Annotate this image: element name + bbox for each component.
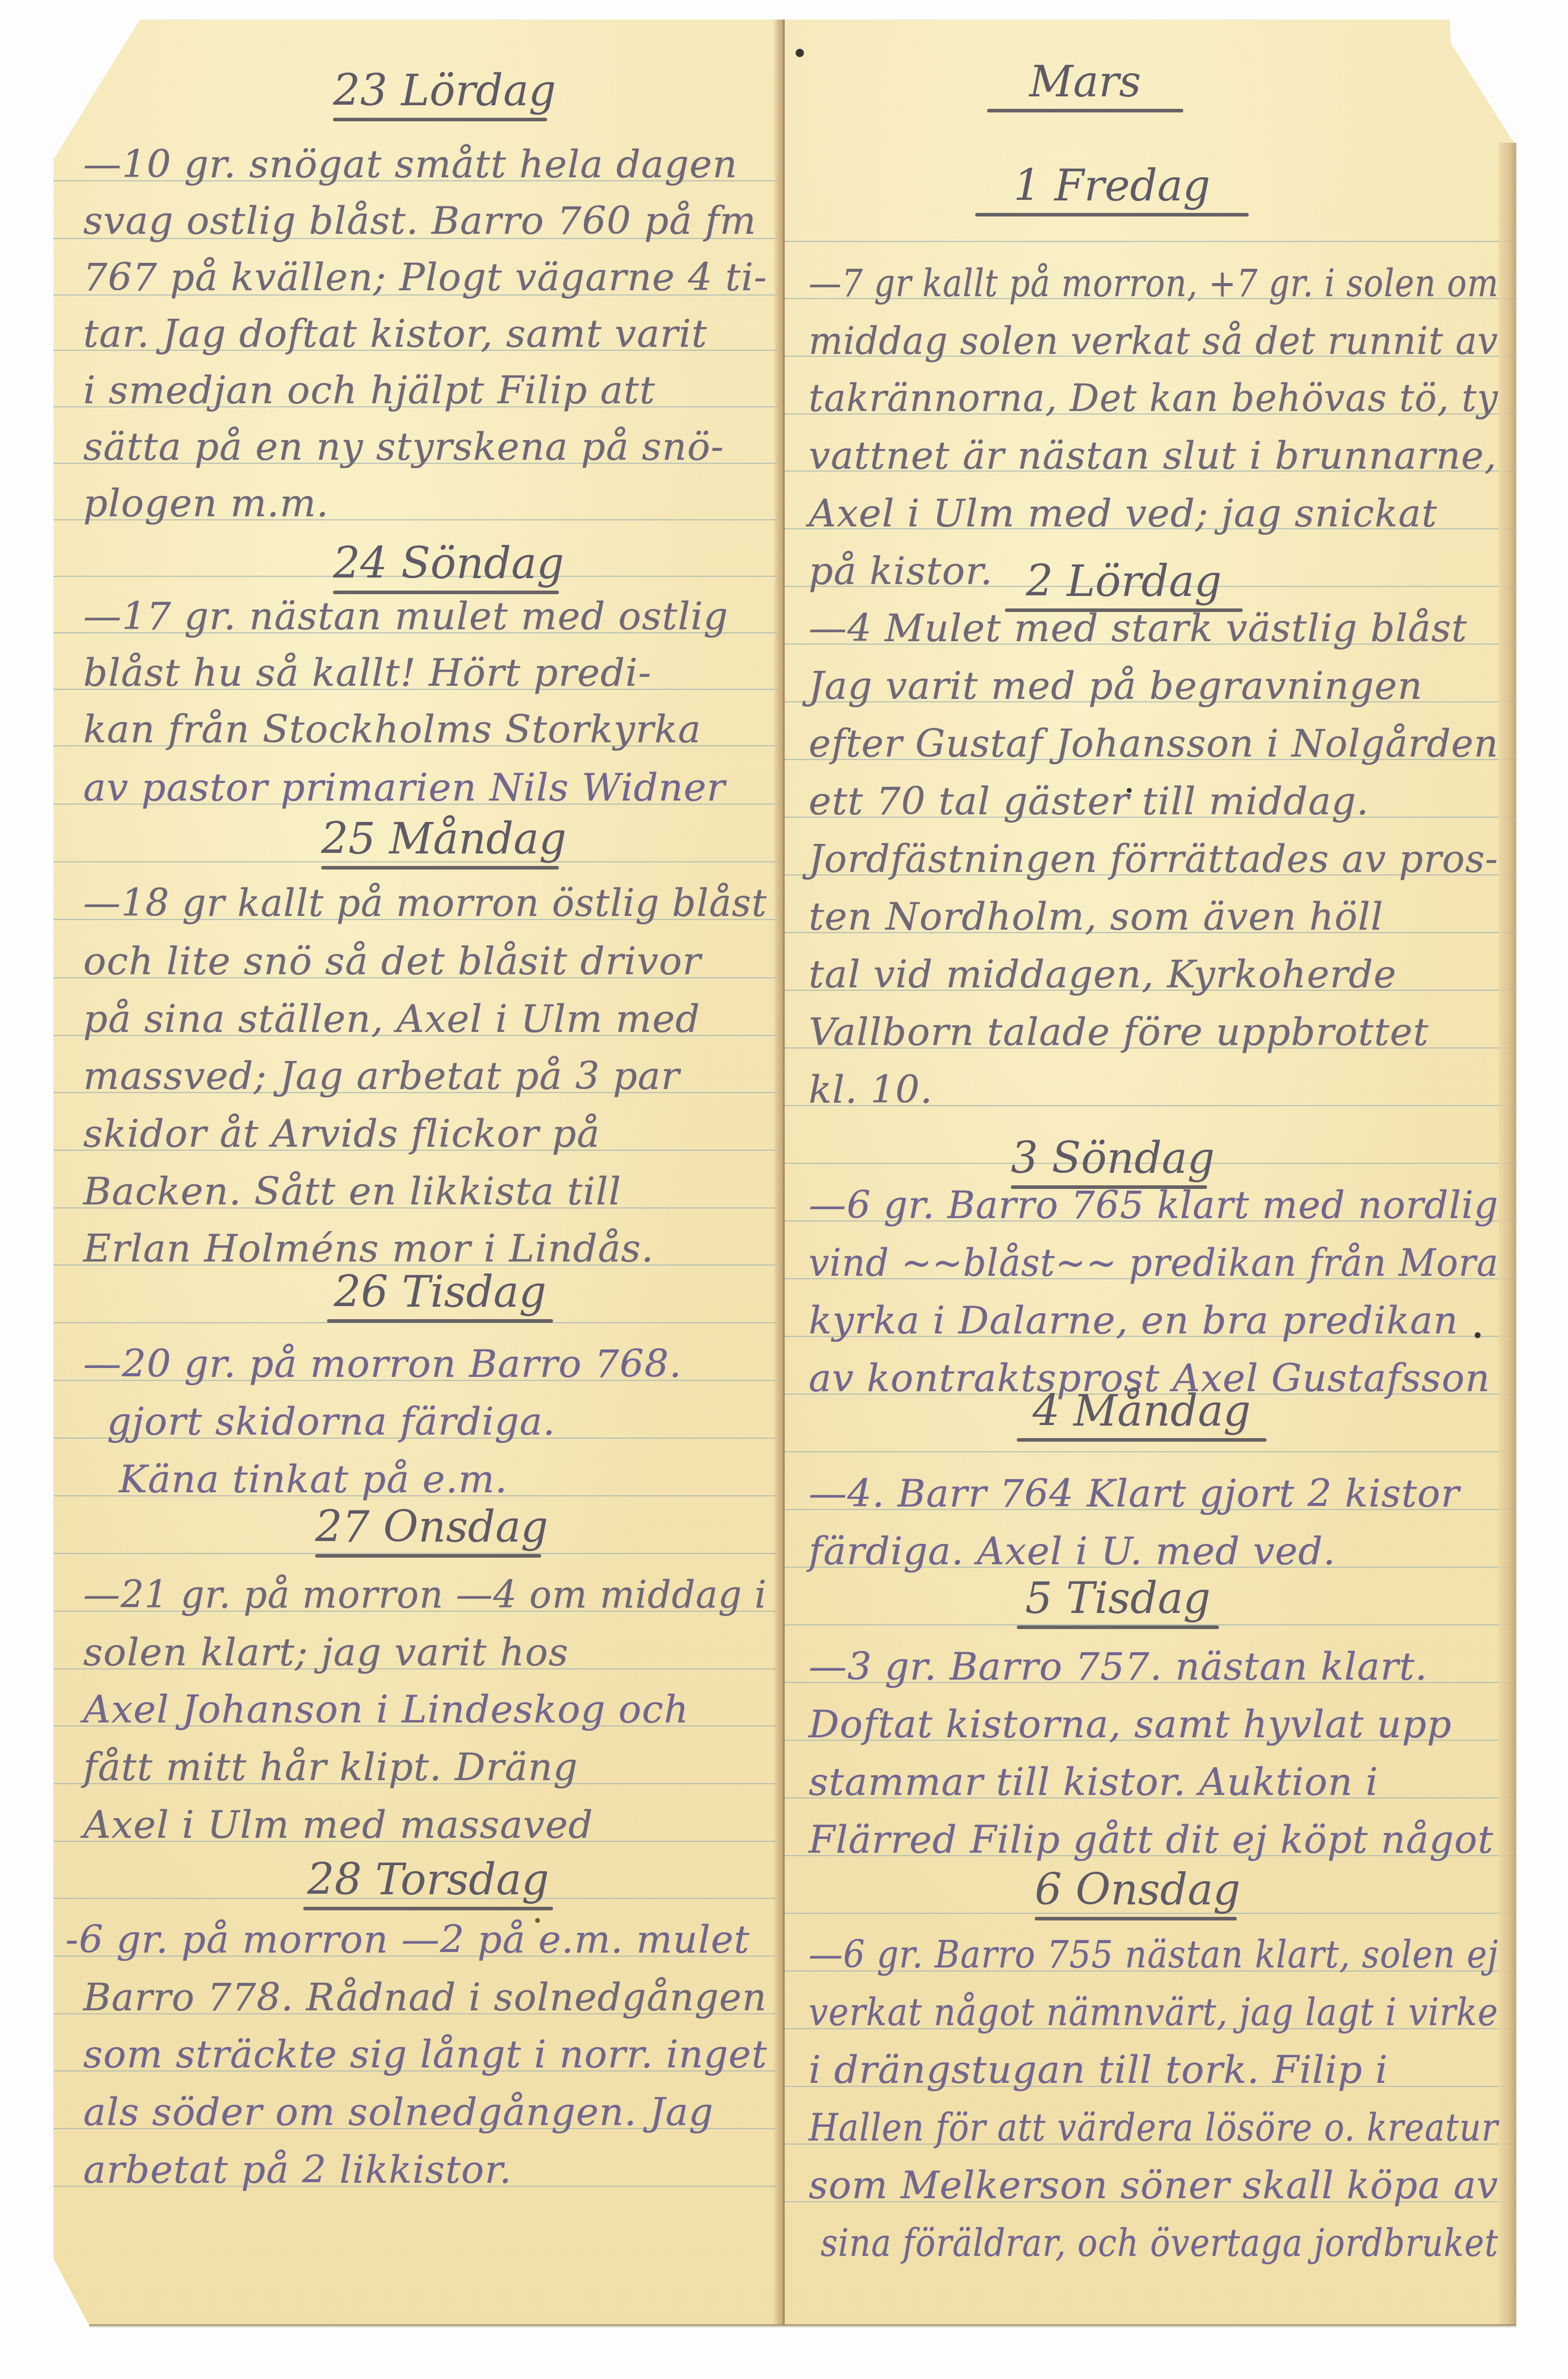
entry-line: Hallen för att värdera lösöre o. kreatur bbox=[809, 2106, 1498, 2150]
entry-line: —4. Barr 764 Klart gjort 2 kistor bbox=[809, 1472, 1460, 1516]
entry-line: massved; Jag arbetat på 3 par bbox=[83, 1054, 680, 1099]
entry-line: —18 gr kallt på morron östlig blåst bbox=[83, 881, 767, 925]
entry-line: Axel i Ulm med ved; jag snickat bbox=[809, 492, 1437, 536]
entry-line: på kistor. bbox=[809, 550, 993, 594]
entry-heading: 28 Torsdag bbox=[303, 1854, 553, 1910]
entry-line: Jag varit med på begravningen bbox=[809, 664, 1423, 708]
entry-line: Jordfästningen förrättades av pros- bbox=[809, 837, 1498, 881]
ruled-line bbox=[784, 241, 1516, 242]
entry-line: vattnet är nästan slut i brunnarne, bbox=[809, 434, 1497, 478]
entry-heading: 1 Fredag bbox=[975, 161, 1249, 216]
entry-line: vind ~~blåst~~ predikan från Mora bbox=[809, 1241, 1498, 1285]
entry-line: -6 gr. på morron —2 på e.m. mulet bbox=[65, 1918, 750, 1962]
entry-line: Erlan Holméns mor i Lindås. bbox=[83, 1227, 654, 1271]
ink-speck bbox=[535, 1918, 540, 1923]
entry-heading: 23 Lördag bbox=[333, 65, 547, 121]
entry-line: färdiga. Axel i U. med ved. bbox=[809, 1530, 1336, 1574]
entry-line: av pastor primarien Nils Widner bbox=[83, 766, 725, 810]
entry-line: Vallborn talade före uppbrottet bbox=[809, 1010, 1429, 1054]
entry-line: sina föräldrar, och övertaga jordbruket bbox=[821, 2221, 1498, 2265]
entry-line: svag ostlig blåst. Barro 760 på fm bbox=[83, 199, 756, 243]
entry-line: kl. 10. bbox=[809, 1068, 933, 1112]
entry-line: Backen. Sått en likkista till bbox=[83, 1170, 621, 1214]
diary-spread: 23 Lördag —10 gr. snögat smått hela dage… bbox=[0, 0, 1568, 2379]
entry-heading: 3 Söndag bbox=[1011, 1133, 1207, 1189]
entry-line: verkat något nämnvärt, jag lagt i virke bbox=[809, 1991, 1498, 2035]
entry-heading: 5 Tisdag bbox=[1017, 1573, 1219, 1629]
entry-line: tar. Jag doftat kistor, samt varit bbox=[83, 312, 708, 356]
entry-line: —7 gr kallt på morron, +7 gr. i solen om bbox=[809, 262, 1498, 306]
entry-line: blåst hu så kallt! Hört predi- bbox=[83, 651, 652, 695]
entry-heading: 2 Lördag bbox=[1005, 556, 1243, 612]
entry-line: Flärred Filip gått dit ej köpt något bbox=[809, 1818, 1494, 1862]
entry-line: als söder om solnedgången. Jag bbox=[83, 2091, 714, 2135]
entry-line: —17 gr. nästan mulet med ostlig bbox=[83, 595, 728, 639]
entry-line: kan från Stockholms Storkyrka bbox=[83, 708, 701, 752]
entry-line: —20 gr. på morron Barro 768. bbox=[83, 1342, 682, 1386]
entry-line: middag solen verkat så det runnit av bbox=[809, 319, 1498, 363]
entry-line: —6 gr. Barro 765 klart med nordlig bbox=[809, 1184, 1498, 1228]
entry-heading: 24 Söndag bbox=[333, 538, 559, 594]
entry-line: 767 på kvällen; Plogt vägarne 4 ti- bbox=[83, 256, 767, 300]
entry-heading: 26 Tisdag bbox=[327, 1267, 553, 1323]
entry-line: —4 Mulet med stark västlig blåst bbox=[809, 607, 1468, 651]
entry-line: Axel i Ulm med massaved bbox=[83, 1803, 593, 1847]
entry-line: arbetat på 2 likkistor. bbox=[83, 2148, 512, 2192]
entry-heading: 27 Onsdag bbox=[315, 1502, 541, 1558]
entry-line: ten Nordholm, som även höll bbox=[809, 895, 1384, 939]
entry-line: som Melkerson söner skall köpa av bbox=[809, 2164, 1498, 2208]
entry-heading: 6 Onsdag bbox=[1035, 1865, 1237, 1920]
entry-line: efter Gustaf Johansson i Nolgården bbox=[809, 722, 1498, 766]
entry-line: på sina ställen, Axel i Ulm med bbox=[83, 997, 700, 1041]
entry-line: Barro 778. Rådnad i solnedgången bbox=[83, 1976, 767, 2020]
entry-line: ett 70 tal gäster till middag. bbox=[809, 780, 1369, 824]
entry-line: tal vid middagen, Kyrkoherde bbox=[809, 953, 1397, 997]
entry-line: och lite snö så det blåsit drivor bbox=[83, 940, 701, 984]
entry-line: solen klart; jag varit hos bbox=[83, 1631, 568, 1675]
entry-line: fått mitt hår klipt. Dräng bbox=[83, 1746, 578, 1790]
entry-line: Axel Johanson i Lindeskog och bbox=[83, 1688, 689, 1732]
ink-speck bbox=[1475, 1332, 1481, 1338]
entry-line: takrännorna, Det kan behövas tö, ty bbox=[809, 376, 1498, 420]
entry-line: —10 gr. snögat smått hela dagen bbox=[83, 143, 738, 187]
entry-line: som sträckte sig långt i norr. inget bbox=[83, 2033, 767, 2077]
entry-line: —21 gr. på morron —4 om middag i bbox=[83, 1573, 767, 1617]
entry-line: i drängstugan till tork. Filip i bbox=[809, 2048, 1388, 2092]
entry-line: Doftat kistorna, samt hyvlat upp bbox=[809, 1703, 1452, 1747]
entry-line: plogen m.m. bbox=[83, 482, 329, 526]
entry-line: kyrka i Dalarne, en bra predikan bbox=[809, 1299, 1459, 1343]
entry-line: —6 gr. Barro 755 nästan klart, solen ej bbox=[809, 1933, 1498, 1977]
ruled-line bbox=[784, 1451, 1516, 1452]
ink-speck bbox=[1127, 788, 1132, 793]
entry-line: skidor åt Arvids flickor på bbox=[83, 1112, 600, 1156]
ink-speck bbox=[796, 49, 804, 57]
page-stack-edge bbox=[1498, 143, 1516, 2325]
entry-heading: 25 Måndag bbox=[321, 814, 559, 870]
entry-line: Käna tinkat på e.m. bbox=[119, 1458, 508, 1502]
entry-line: stammar till kistor. Auktion i bbox=[809, 1760, 1378, 1804]
book-spine bbox=[773, 20, 785, 2325]
page-bottom-shadow bbox=[89, 2324, 1516, 2328]
entry-line: —3 gr. Barro 757. nästan klart. bbox=[809, 1645, 1428, 1689]
entry-line: i smedjan och hjälpt Filip att bbox=[83, 369, 655, 413]
month-heading: Mars bbox=[987, 57, 1183, 112]
entry-line: gjort skidorna färdiga. bbox=[107, 1400, 555, 1444]
entry-heading: 4 Måndag bbox=[1017, 1386, 1267, 1442]
entry-line: sätta på en ny styrskena på snö- bbox=[83, 425, 724, 469]
